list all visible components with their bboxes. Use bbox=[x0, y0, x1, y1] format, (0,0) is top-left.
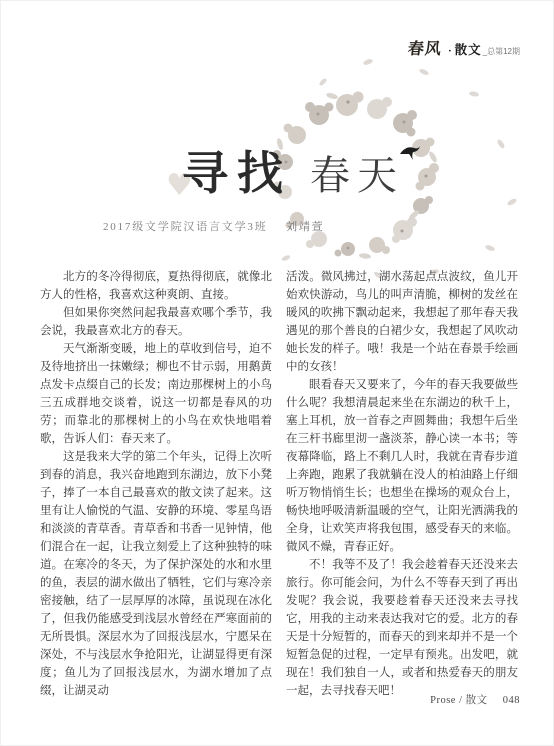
article-title-wreath-text: 春天 bbox=[295, 156, 419, 196]
paragraph-6: 不！我等不及了！我会趁着春天还没来去旅行。你可能会问，为什么不等春天到了再出发呢… bbox=[286, 556, 518, 700]
paragraph-5: 眼看春天又要来了，今年的春天我要做些什么呢？我想清晨起来坐在东湖边的秋千上，塞上… bbox=[286, 376, 518, 556]
footer-section-label: Prose / 散文 bbox=[430, 695, 488, 706]
right-column: 活泼。微风拂过，湖水荡起点点波纹，鱼儿开始欢快游动，鸟儿的叫声清脆，柳树的发丝在… bbox=[286, 268, 518, 700]
paragraph-2: 但如果你突然问起我最喜欢哪个季节，我会说，我最喜欢北方的春天。 bbox=[40, 304, 272, 340]
byline-author: 刘靖萱 bbox=[286, 221, 324, 233]
magazine-page: 春风 · 散文 _总第12期 bbox=[0, 0, 554, 746]
page-footer: Prose / 散文 048 bbox=[430, 692, 520, 707]
article-title: 寻找 bbox=[182, 150, 292, 196]
article-body: 北方的冬冷得彻底，夏热得彻底，就像北方人的性格，我喜欢这种爽朗、直接。 但如果你… bbox=[40, 268, 518, 700]
paragraph-4: 这是我来大学的第二个年头，记得上次听到春的消息，我兴奋地跑到东湖边，放下小凳子，… bbox=[40, 448, 272, 700]
swallow-icon bbox=[400, 146, 420, 160]
title-art: ♥ 寻找 春天 bbox=[0, 50, 554, 270]
paragraph-4-continued: 活泼。微风拂过，湖水荡起点点波纹，鱼儿开始欢快游动，鸟儿的叫声清脆，柳树的发丝在… bbox=[286, 268, 518, 376]
page-number: 048 bbox=[503, 695, 520, 706]
byline: 2017级文学院汉语言文学3班 刘靖萱 bbox=[103, 218, 324, 234]
byline-affiliation: 2017级文学院汉语言文学3班 bbox=[103, 221, 268, 233]
left-column: 北方的冬冷得彻底，夏热得彻底，就像北方人的性格，我喜欢这种爽朗、直接。 但如果你… bbox=[40, 268, 272, 700]
paragraph-3: 天气渐渐变暖，地上的草收到信号，迫不及待地挤出一抹嫩绿；柳也不甘示弱，用鹅黄点发… bbox=[40, 340, 272, 448]
paragraph-1: 北方的冬冷得彻底，夏热得彻底，就像北方人的性格，我喜欢这种爽朗、直接。 bbox=[40, 268, 272, 304]
